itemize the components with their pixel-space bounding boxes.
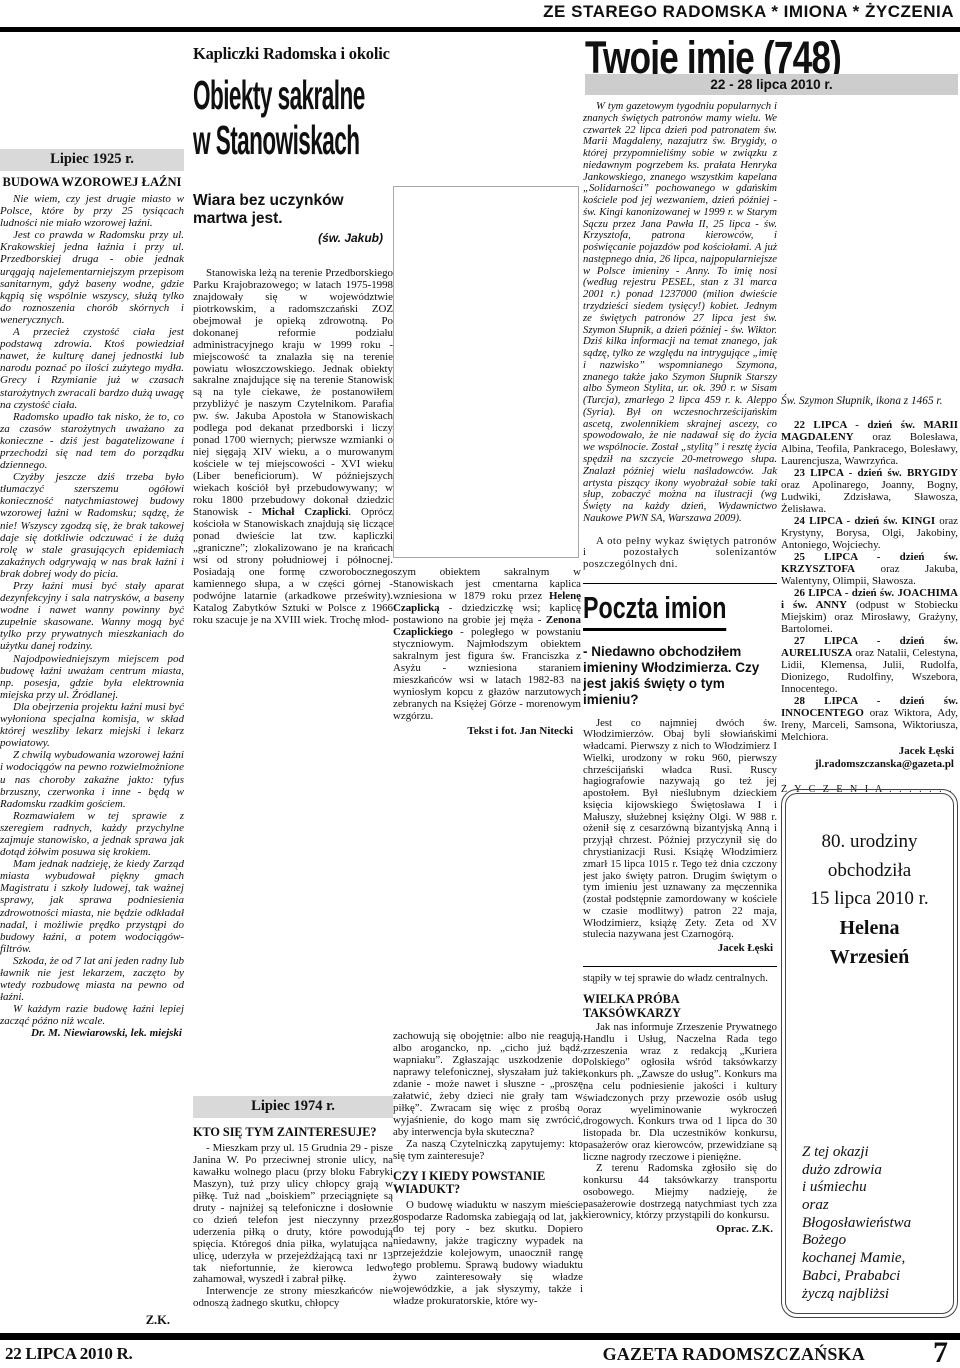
article-kicker: Kapliczki Radomska i okolic bbox=[193, 44, 393, 64]
day-rest: oraz Apolinarego, Joanny, Bogny, Ludwiki… bbox=[781, 479, 958, 515]
body-text: . Oprócz kościoła w Stanowiskach znajduj… bbox=[193, 506, 393, 626]
wishes-line: 80. urodziny bbox=[786, 828, 953, 857]
saint-icon-image bbox=[781, 101, 958, 395]
article-paragraph: Czyżby jeszcze dziś trzeba było tłumaczy… bbox=[0, 471, 184, 580]
wishes-line: dużo zdrowia bbox=[802, 1162, 911, 1180]
article-1974-credit: Oprac. Z.K. bbox=[583, 1223, 777, 1235]
saint-day-entry: 22 LIPCA - dzień św. MARII MAGDALENY ora… bbox=[781, 419, 958, 467]
article-paragraph: O budowę wiaduktu w naszym mieście gospo… bbox=[393, 1199, 583, 1307]
article-paragraph: Dla obejrzenia projektu łaźni musi być w… bbox=[0, 701, 184, 749]
article-paragraph: Nie wiem, czy jest drugie miasto w Polsc… bbox=[0, 193, 184, 229]
article-sacral: Kapliczki Radomska i okolic Obiekty sakr… bbox=[193, 44, 393, 1084]
article-paragraph: zachowują się obojętnie: albo nie reaguj… bbox=[393, 1030, 583, 1138]
article-paragraph: Jest co prawda w Radomsku przy ul. Krako… bbox=[0, 229, 184, 326]
divider bbox=[583, 966, 777, 967]
poczta-answer: Jest co najmniej dwóch św. Włodzimierzów… bbox=[583, 718, 777, 942]
article-paragraph: Jak nas informuje Zrzeszenie Prywatnego … bbox=[583, 1022, 777, 1163]
names-list-note: A oto pełny wykaz świętych patronów i po… bbox=[583, 536, 777, 571]
wishes-name-line: Helena bbox=[786, 914, 953, 943]
divider bbox=[583, 583, 777, 584]
section-bar-1974: Lipiec 1974 r. bbox=[193, 1096, 393, 1118]
saints-column: Św. Szymon Słupnik, ikona z 1465 r. 22 L… bbox=[781, 101, 958, 795]
saint-day-entry: 27 LIPCA - dzień św. AURELIUSZA oraz Nat… bbox=[781, 635, 958, 695]
wishes-line: Błogosławieństwa bbox=[802, 1215, 911, 1233]
names-column: W tym gazetowym tygodniu popularnych i z… bbox=[583, 101, 777, 1333]
wishes-line: Babci, Prababci bbox=[802, 1268, 911, 1286]
wishes-line: Z tej okazji bbox=[802, 1144, 911, 1162]
article-paragraph: W każdym razie budowę łaźni lepiej zaczą… bbox=[0, 1003, 184, 1027]
article-paragraph: Mam jednak nadzieję, że kiedy Zarząd mia… bbox=[0, 858, 184, 955]
article-paragraph: Radomsko upadło tak nisko, że to, co za … bbox=[0, 411, 184, 471]
photo-caption-block: szym obiektem sakralnym w Stanowiskach j… bbox=[393, 566, 581, 737]
article-paragraph: Za naszą Czytelniczką zapytujemy: kto si… bbox=[393, 1138, 583, 1162]
article-paragraph: stąpiły w tej sprawie do władz centralny… bbox=[583, 973, 777, 985]
names-signature: Jacek Łęski bbox=[781, 745, 958, 757]
wishes-line: Bożego bbox=[802, 1232, 911, 1250]
names-date-bar: 22 - 28 lipca 2010 r. bbox=[585, 74, 958, 95]
names-title: Twoje imię (748) bbox=[585, 32, 913, 74]
photo-placeholder bbox=[393, 186, 579, 558]
caption-text: - poległego w powstaniu styczniowym. Naj… bbox=[393, 626, 581, 722]
names-signature-email: jl.radomszczanska@gazeta.pl bbox=[781, 758, 958, 770]
body-bold-name: Michał Czaplicki bbox=[262, 506, 349, 518]
article-paragraph: Szkoda, że od 7 lat ani jeden radny lub … bbox=[0, 955, 184, 1003]
page-editor-signature: Z.K. bbox=[0, 1313, 170, 1328]
wishes-name-line: Wrzesień bbox=[786, 943, 953, 972]
wishes-occasion: 80. urodziny obchodziła 15 lipca 2010 r. bbox=[786, 828, 953, 914]
article-1974-headline-1: KTO SIĘ TYM ZAINTERESUJE? bbox=[193, 1126, 393, 1140]
photo-credit: Tekst i fot. Jan Nitecki bbox=[393, 725, 581, 737]
article-motto-author: (św. Jakub) bbox=[193, 231, 393, 245]
section-strap: ZE STAREGO RADOMSKA * IMIONA * ŻYCZENIA bbox=[543, 2, 954, 22]
article-paragraph: - Mieszkam przy ul. 15 Grudnia 29 - pisz… bbox=[193, 1142, 393, 1286]
section-bar-1925: Lipiec 1925 r. bbox=[0, 149, 184, 171]
day-lead: 23 LIPCA - dzień św. BRYGIDY bbox=[794, 467, 958, 479]
article-body: Stanowiska leżą na terenie Przedborskieg… bbox=[193, 267, 393, 627]
article-paragraph: Rozmawiałem w tej sprawie z szeregiem ra… bbox=[0, 810, 184, 858]
newspaper-page: ZE STAREGO RADOMSKA * IMIONA * ŻYCZENIA … bbox=[0, 0, 960, 1368]
headline-line-1: Obiekty sakralne bbox=[193, 72, 365, 119]
poczta-imion-title-text: Poczta imion bbox=[583, 590, 726, 631]
article-1974-part1: Lipiec 1974 r. KTO SIĘ TYM ZAINTERESUJE?… bbox=[193, 1096, 393, 1332]
bottom-rule bbox=[0, 1333, 960, 1340]
footer-newspaper-name: GAZETA RADOMSZCZAŃSKA bbox=[603, 1344, 865, 1365]
article-paragraph: Z terenu Radomska zgłosiło się do konkur… bbox=[583, 1163, 777, 1222]
headline-line-2: w Stanowiskach bbox=[193, 117, 359, 164]
article-1925-signature: Dr. M. Niewiarowski, lek. miejski bbox=[0, 1027, 184, 1039]
saint-day-entry: 25 LIPCA - dzień św. KRZYSZTOFA oraz Jak… bbox=[781, 551, 958, 587]
article-headline: Obiekty sakralne w Stanowiskach bbox=[193, 72, 393, 162]
wishes-line: obchodziła bbox=[786, 857, 953, 886]
saint-day-entry: 23 LIPCA - dzień św. BRYGIDY oraz Apolin… bbox=[781, 467, 958, 515]
birthday-wishes-box: 80. urodziny obchodziła 15 lipca 2010 r.… bbox=[781, 789, 958, 1318]
poczta-imion-title: Poczta imion bbox=[583, 590, 777, 630]
wishes-person-name: Helena Wrzesień bbox=[786, 914, 953, 972]
article-paragraph: Interwencje ze strony mieszkańców nie od… bbox=[193, 1285, 393, 1309]
saint-day-entry: 24 LIPCA - dzień św. KINGI oraz Krystyny… bbox=[781, 515, 958, 551]
article-paragraph: Najodpowiedniejszym miejscem pod budowę … bbox=[0, 653, 184, 701]
poczta-question: - Niedawno obchodziłem imieniny Włodzimi… bbox=[583, 644, 777, 708]
saint-day-entry: 26 LIPCA - dzień św. JOACHIMA i św. ANNY… bbox=[781, 587, 958, 635]
article-paragraph: Przy łaźni musi być stały aparat dezynfe… bbox=[0, 580, 184, 653]
wishes-line: kochanej Mamie, bbox=[802, 1250, 911, 1268]
saint-day-entry: 28 LIPCA - dzień św. INNOCENTEGO oraz Wi… bbox=[781, 695, 958, 743]
birthday-wishes-inner-frame: 80. urodziny obchodziła 15 lipca 2010 r.… bbox=[785, 793, 954, 1314]
wishes-line: i uśmiechu bbox=[802, 1179, 911, 1197]
article-paragraph: A przecież czystość ciała jest podstawą … bbox=[0, 326, 184, 411]
article-1974-headline-2: CZY I KIEDY POWSTANIE WIADUKT? bbox=[393, 1170, 583, 1197]
article-motto: Wiara bez uczynków martwa jest. bbox=[193, 192, 393, 228]
names-intro: W tym gazetowym tygodniu popularnych i z… bbox=[583, 101, 777, 525]
article-paragraph: Z chwilą wybudowania wzorowej łaźni i wo… bbox=[0, 749, 184, 809]
wishes-line: oraz bbox=[802, 1197, 911, 1215]
article-1974-headline-3: WIELKA PRÓBA TAKSÓWKARZY bbox=[583, 993, 777, 1020]
article-1925: Lipiec 1925 r. BUDOWA WZOROWEJ ŁAŹNI Nie… bbox=[0, 149, 184, 1309]
footer-page-number: 7 bbox=[933, 1336, 948, 1368]
poczta-signature: Jacek Łęski bbox=[583, 942, 777, 954]
wishes-line: życzą najbliżsi bbox=[802, 1286, 911, 1304]
wishes-line: 15 lipca 2010 r. bbox=[786, 885, 953, 914]
day-lead: 24 LIPCA - dzień św. KINGI bbox=[794, 515, 935, 527]
article-1974-part2: zachowują się obojętnie: albo nie reaguj… bbox=[393, 1030, 583, 1333]
photo-caption: szym obiektem sakralnym w Stanowiskach j… bbox=[393, 566, 581, 722]
article-1925-headline: BUDOWA WZOROWEJ ŁAŹNI bbox=[0, 175, 184, 190]
saint-icon-caption: Św. Szymon Słupnik, ikona z 1465 r. bbox=[781, 395, 958, 407]
wishes-greeting-text: Z tej okazji dużo zdrowia i uśmiechu ora… bbox=[802, 1144, 911, 1303]
body-text: Stanowiska leżą na terenie Przedborskieg… bbox=[193, 267, 393, 519]
footer-issue-date: 22 LIPCA 2010 R. bbox=[5, 1344, 132, 1364]
